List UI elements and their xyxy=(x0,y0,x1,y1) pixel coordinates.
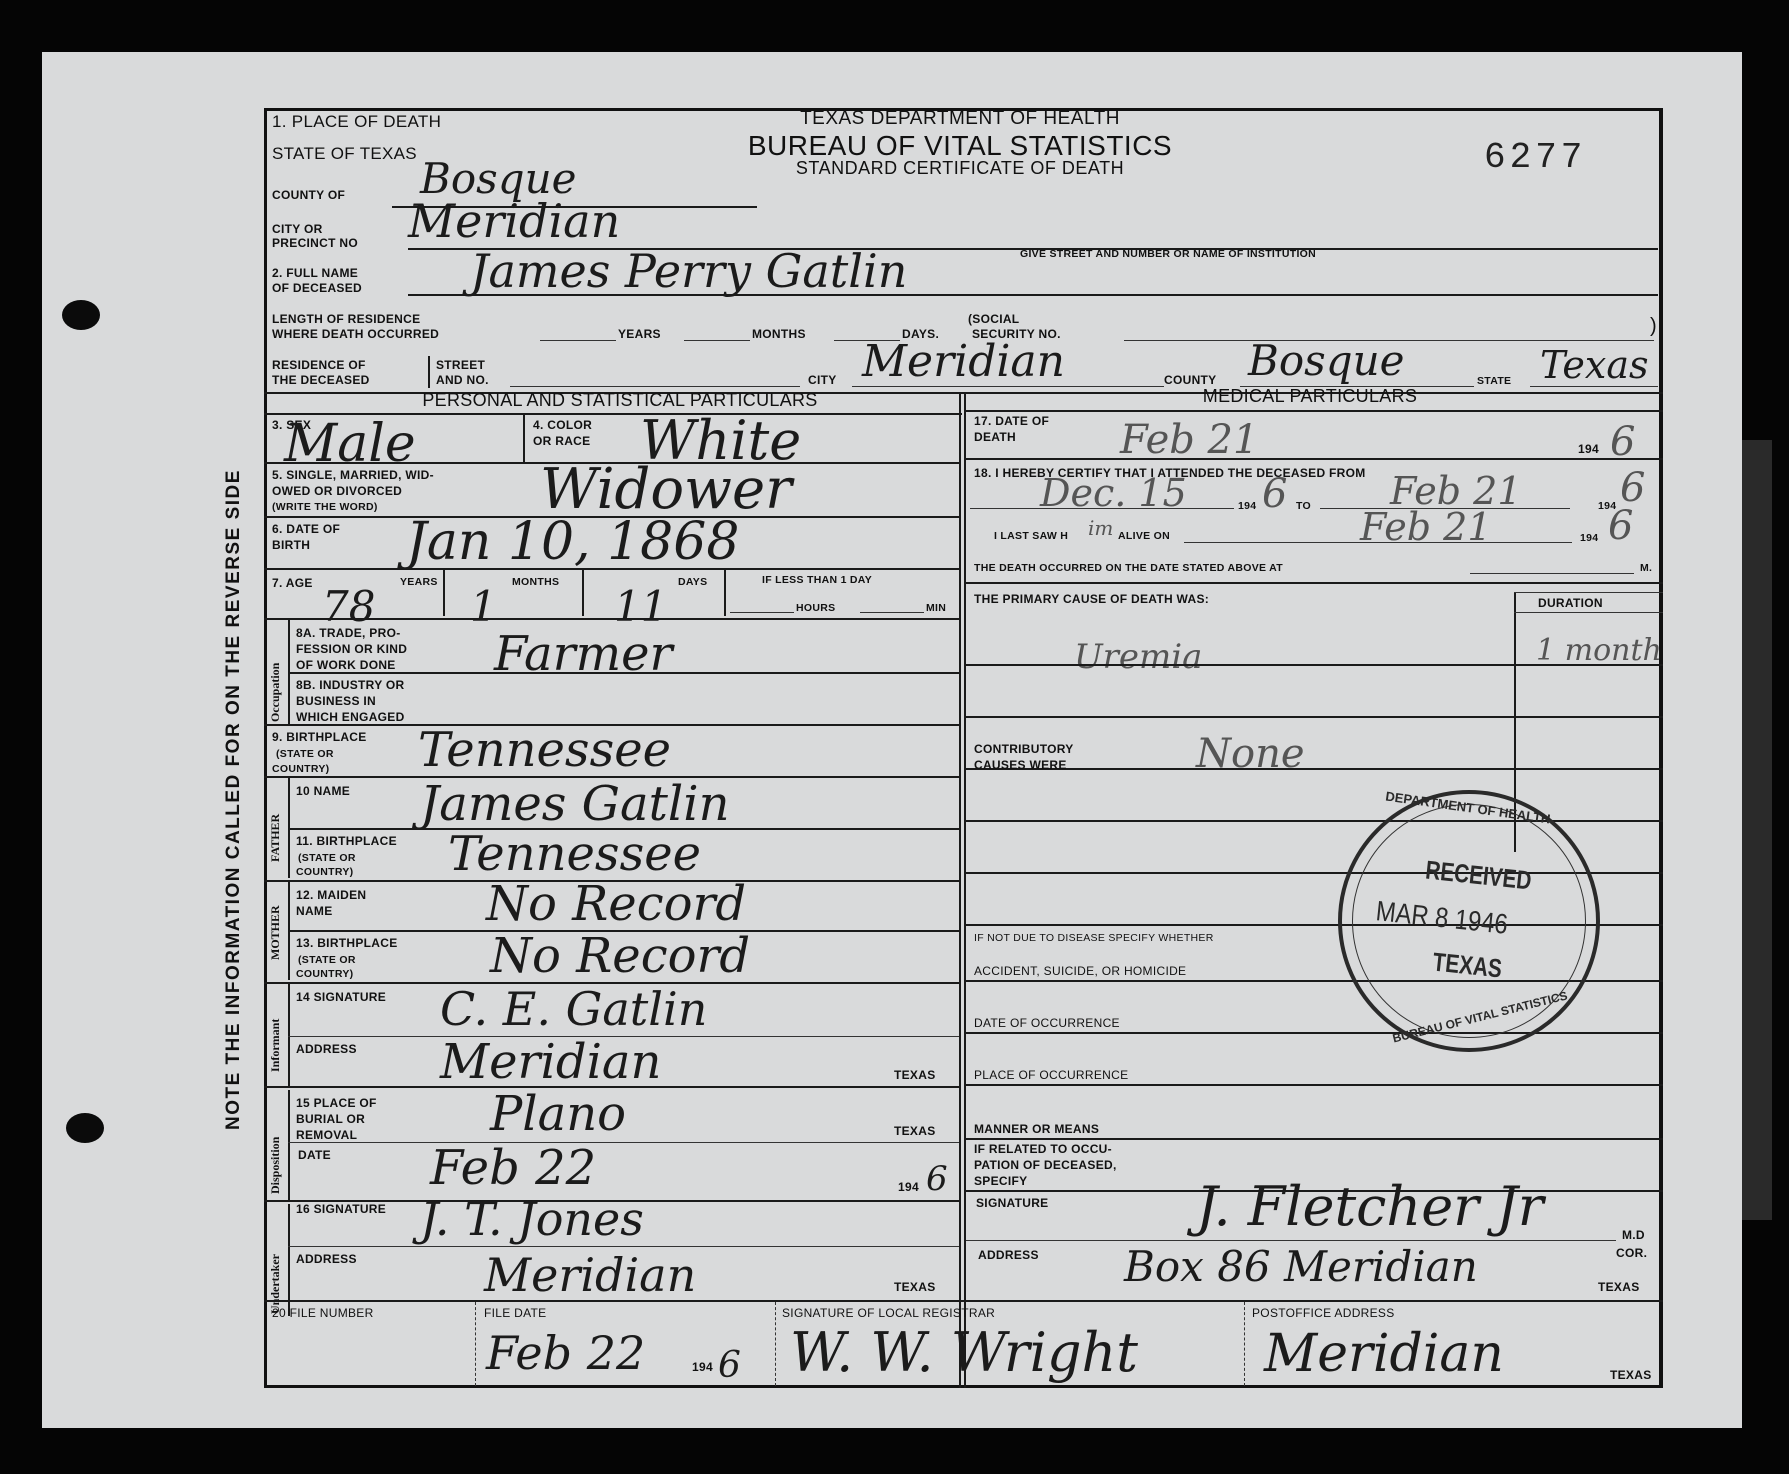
trade-value: Farmer xyxy=(494,630,672,678)
birthplace-value: Tennessee xyxy=(418,726,671,774)
footer-div-1 xyxy=(475,1302,476,1386)
personal-section-title: PERSONAL AND STATISTICAL PARTICULARS xyxy=(340,392,900,408)
attended-to-year: 6 xyxy=(1620,468,1645,508)
place-occurrence-label: PLACE OF OCCURRENCE xyxy=(974,1068,1128,1082)
birthplace-label-1: 9. BIRTHPLACE xyxy=(272,730,367,744)
informant-sig-value: C. E. Gatlin xyxy=(440,986,707,1032)
primary-cause-label: THE PRIMARY CAUSE OF DEATH WAS: xyxy=(974,592,1209,606)
duration-header-line xyxy=(1514,612,1663,613)
marital-label-2: OWED OR DIVORCED xyxy=(272,484,402,498)
age-div-3 xyxy=(724,570,726,616)
race-label-1: 4. COLOR xyxy=(533,418,592,432)
name-label-1: 2. FULL NAME xyxy=(272,266,358,280)
registrar-value: W. W. Wright xyxy=(790,1326,1138,1380)
residence-divider xyxy=(428,356,430,388)
informant-addr-label: ADDRESS xyxy=(296,1042,357,1056)
ssn-close: ) xyxy=(1650,318,1657,334)
dod-label-2: DEATH xyxy=(974,430,1016,444)
trade-label-2: FESSION OR KIND xyxy=(296,642,407,656)
res-county-label: COUNTY xyxy=(1164,373,1216,387)
mother-birthplace-label-2: (STATE OR xyxy=(298,954,356,967)
undertaker-sig-label: 16 SIGNATURE xyxy=(296,1202,386,1216)
manner-label: MANNER OR MEANS xyxy=(974,1122,1099,1136)
informant-addr-value: Meridian xyxy=(440,1038,661,1086)
burial-state: TEXAS xyxy=(894,1124,936,1138)
trade-label-1: 8A. TRADE, PRO- xyxy=(296,626,401,640)
informant-state: TEXAS xyxy=(894,1068,936,1082)
race-label-2: OR RACE xyxy=(533,434,590,448)
dod-year-digit: 6 xyxy=(1610,422,1635,462)
undertaker-addr-value: Meridian xyxy=(484,1252,696,1298)
min-label: MIN xyxy=(926,602,946,615)
birthplace-label-2: (STATE OR xyxy=(276,748,334,761)
age-months-value: 1 xyxy=(470,586,497,628)
physician-address-value: Box 86 Meridian xyxy=(1124,1246,1478,1288)
last-saw-year-prefix: 194 xyxy=(1580,532,1598,545)
industry-label-2: BUSINESS IN xyxy=(296,694,376,708)
medical-section-title: MEDICAL PARTICULARS xyxy=(1110,388,1510,404)
name-label-2: OF DECEASED xyxy=(272,281,362,295)
res-city-value: Meridian xyxy=(862,340,1065,384)
reverse-side-note: NOTE THE INFORMATION CALLED FOR ON THE R… xyxy=(223,469,245,1130)
occ-related-label-1: IF RELATED TO OCCU- xyxy=(974,1142,1112,1156)
file-year-prefix: 194 xyxy=(692,1360,713,1374)
physician-address-label: ADDRESS xyxy=(978,1248,1039,1262)
disposition-tab: Disposition xyxy=(268,1137,283,1194)
age-days-label: DAYS xyxy=(678,576,707,589)
industry-label-3: WHICH ENGAGED xyxy=(296,710,405,724)
file-date-label: FILE DATE xyxy=(484,1306,547,1320)
file-date-value: Feb 22 xyxy=(486,1330,645,1376)
res-city-label: CITY xyxy=(808,373,837,387)
to-label: TO xyxy=(1296,500,1311,513)
months-line xyxy=(684,340,750,341)
dob-value: Jan 10, 1868 xyxy=(406,516,739,568)
marital-label-3: (WRITE THE WORD) xyxy=(272,501,378,514)
age-years-label: YEARS xyxy=(400,576,438,589)
father-tab: FATHER xyxy=(268,814,283,862)
dod-year-prefix: 194 xyxy=(1578,442,1599,456)
column-divider-1 xyxy=(959,392,961,1388)
place-of-death-label: 1. PLACE OF DEATH xyxy=(272,114,441,130)
residence-label-1: RESIDENCE OF xyxy=(272,358,366,372)
last-saw-year: 6 xyxy=(1608,506,1633,546)
occ-related-label-3: SPECIFY xyxy=(974,1174,1027,1188)
burial-year-digit: 6 xyxy=(926,1162,948,1196)
cause-line-2 xyxy=(966,716,1663,718)
attended-from-year-prefix: 194 xyxy=(1238,500,1256,513)
street-hint: GIVE STREET AND NUMBER OR NAME OF INSTIT… xyxy=(1020,248,1316,261)
burial-value: Plano xyxy=(490,1090,626,1138)
street-line xyxy=(510,386,800,387)
dod-value: Feb 21 xyxy=(1120,420,1258,460)
physician-address-state: TEXAS xyxy=(1598,1280,1640,1294)
undertaker-state: TEXAS xyxy=(894,1280,936,1294)
months-label: MONTHS xyxy=(752,327,806,341)
row-line-age xyxy=(264,618,959,620)
burial-label-3: REMOVAL xyxy=(296,1128,357,1142)
postoffice-value: Meridian xyxy=(1264,1328,1504,1380)
row-line-place-occ xyxy=(966,1084,1663,1086)
postoffice-state: TEXAS xyxy=(1610,1368,1652,1382)
father-birthplace-label-1: 11. BIRTHPLACE xyxy=(296,834,397,848)
marital-value: Widower xyxy=(540,462,792,518)
row-line-manner xyxy=(966,1138,1663,1140)
mother-birthplace-value: No Record xyxy=(490,932,750,980)
residence-length-label-2: WHERE DEATH OCCURRED xyxy=(272,327,439,341)
duration-value: 1 month xyxy=(1536,636,1662,666)
industry-label-1: 8B. INDUSTRY OR xyxy=(296,678,405,692)
ssn-label-1: (SOCIAL xyxy=(968,312,1019,326)
row-line-date-occ xyxy=(966,1032,1663,1034)
medical-header-line xyxy=(966,410,1663,412)
city-label-2: PRECINCT NO xyxy=(272,236,358,250)
city-label-1: CITY OR xyxy=(272,222,323,236)
physician-signature-value: J. Fletcher Jr xyxy=(1196,1180,1544,1234)
footer-top-line xyxy=(264,1300,1663,1302)
duration-label: DURATION xyxy=(1538,596,1603,610)
row-line-dod xyxy=(966,458,1663,460)
last-saw-pronoun: im xyxy=(1088,518,1113,538)
mother-maiden-value: No Record xyxy=(486,880,746,928)
row-line-burial xyxy=(288,1142,959,1143)
row-line-occurred xyxy=(966,582,1663,584)
street-label-2: AND NO. xyxy=(436,373,489,387)
min-line xyxy=(860,612,924,613)
father-name-label: 10 NAME xyxy=(296,784,350,798)
burial-label-1: 15 PLACE OF xyxy=(296,1096,377,1110)
attended-from-year: 6 xyxy=(1262,474,1287,514)
signature-line xyxy=(966,1240,1616,1241)
disposition-tab-line xyxy=(288,1090,290,1202)
last-saw-value: Feb 21 xyxy=(1360,508,1492,546)
undertaker-sig-value: J. T. Jones xyxy=(420,1196,644,1242)
trade-label-3: OF WORK DONE xyxy=(296,658,396,672)
file-number-label: 20 FILE NUMBER xyxy=(272,1306,374,1320)
res-county-value: Bosque xyxy=(1248,340,1405,382)
accident-label: ACCIDENT, SUICIDE, OR HOMICIDE xyxy=(974,964,1186,978)
undertaker-tab: Undertaker xyxy=(268,1254,283,1314)
informant-sig-label: 14 SIGNATURE xyxy=(296,990,386,1004)
not-disease-label: IF NOT DUE TO DISEASE SPECIFY WHETHER xyxy=(974,932,1214,945)
punch-hole-bottom xyxy=(66,1113,104,1143)
father-birthplace-value: Tennessee xyxy=(448,830,701,878)
less-than-day-label: IF LESS THAN 1 DAY xyxy=(762,574,872,587)
contributory-value: None xyxy=(1196,734,1305,774)
postoffice-label: POSTOFFICE ADDRESS xyxy=(1252,1306,1395,1320)
punch-hole-top xyxy=(62,300,100,330)
physician-signature-label: SIGNATURE xyxy=(976,1196,1048,1210)
informant-tab: Informant xyxy=(268,1019,283,1072)
years-label: YEARS xyxy=(618,327,661,341)
mother-maiden-label-1: 12. MAIDEN xyxy=(296,888,366,902)
cause-line-3 xyxy=(966,768,1663,770)
occ-related-label-2: PATION OF DECEASED, xyxy=(974,1158,1117,1172)
contributory-label-2: CAUSES WERE xyxy=(974,758,1067,772)
age-div-1 xyxy=(443,570,445,616)
column-divider-2 xyxy=(964,392,966,1388)
age-div-2 xyxy=(582,570,584,616)
row-line-dob xyxy=(264,568,959,570)
duration-top-line xyxy=(1514,592,1663,593)
last-saw-label-1: I LAST SAW H xyxy=(994,530,1068,543)
attended-from-value: Dec. 15 xyxy=(1040,474,1187,512)
hours-line xyxy=(730,612,794,613)
father-birthplace-label-2: (STATE OR xyxy=(298,852,356,865)
dob-label-2: BIRTH xyxy=(272,538,310,552)
dob-label-1: 6. DATE OF xyxy=(272,522,340,536)
primary-cause-value: Uremia xyxy=(1074,640,1202,674)
m-label: M. xyxy=(1640,562,1652,575)
father-birthplace-label-3: COUNTRY) xyxy=(296,866,353,879)
city-value: Meridian xyxy=(408,198,620,244)
occurred-at-label: THE DEATH OCCURRED ON THE DATE STATED AB… xyxy=(974,562,1283,575)
burial-year-prefix: 194 xyxy=(898,1180,919,1194)
residence-length-label-1: LENGTH OF RESIDENCE xyxy=(272,312,420,326)
informant-tab-line xyxy=(288,984,290,1086)
hours-label: HOURS xyxy=(796,602,835,615)
age-days-value: 11 xyxy=(614,586,667,628)
mother-maiden-label-2: NAME xyxy=(296,904,333,918)
cause-line-1 xyxy=(966,664,1663,666)
date-occurrence-label: DATE OF OCCURRENCE xyxy=(974,1016,1120,1030)
footer-div-3 xyxy=(1244,1302,1245,1386)
residence-label-2: THE DECEASED xyxy=(272,373,370,387)
deceased-name-value: James Perry Gatlin xyxy=(470,248,907,294)
street-label-1: STREET xyxy=(436,358,485,372)
age-years-value: 78 xyxy=(322,586,375,628)
mother-birthplace-label-1: 13. BIRTHPLACE xyxy=(296,936,398,950)
contributory-label-1: CONTRIBUTORY xyxy=(974,742,1074,756)
file-year-digit: 6 xyxy=(718,1348,741,1384)
marital-label-1: 5. SINGLE, MARRIED, WID- xyxy=(272,468,434,482)
county-of-label: COUNTY OF xyxy=(272,188,345,202)
registrar-label: SIGNATURE OF LOCAL REGISTRAR xyxy=(782,1306,995,1320)
last-saw-label-2: ALIVE ON xyxy=(1118,530,1170,543)
row-line-trade xyxy=(288,672,959,674)
row-line-undertaker-sig xyxy=(288,1246,959,1247)
occurred-at-line xyxy=(1470,573,1634,574)
years-line xyxy=(540,340,616,341)
father-name-value: James Gatlin xyxy=(420,780,730,828)
res-state-label: STATE xyxy=(1477,375,1511,388)
dod-label-1: 17. DATE OF xyxy=(974,414,1049,428)
sex-race-divider xyxy=(523,414,525,462)
burial-date-value: Feb 22 xyxy=(430,1144,596,1192)
mother-birthplace-label-3: COUNTRY) xyxy=(296,968,353,981)
footer-div-2 xyxy=(775,1302,776,1386)
age-label: 7. AGE xyxy=(272,576,313,590)
state-of-texas-label: STATE OF TEXAS xyxy=(272,146,417,162)
undertaker-addr-label: ADDRESS xyxy=(296,1252,357,1266)
burial-label-2: BURIAL OR xyxy=(296,1112,365,1126)
binder-shadow xyxy=(1742,440,1772,1220)
md-label: M.D xyxy=(1622,1228,1645,1242)
occupation-tab: Occupation xyxy=(268,663,283,722)
age-months-label: MONTHS xyxy=(512,576,559,589)
birthplace-label-3: COUNTRY) xyxy=(272,763,329,776)
burial-date-label: DATE xyxy=(298,1148,331,1162)
mother-tab: MOTHER xyxy=(268,905,283,960)
res-state-value: Texas xyxy=(1540,346,1648,384)
cor-label: COR. xyxy=(1616,1246,1647,1260)
